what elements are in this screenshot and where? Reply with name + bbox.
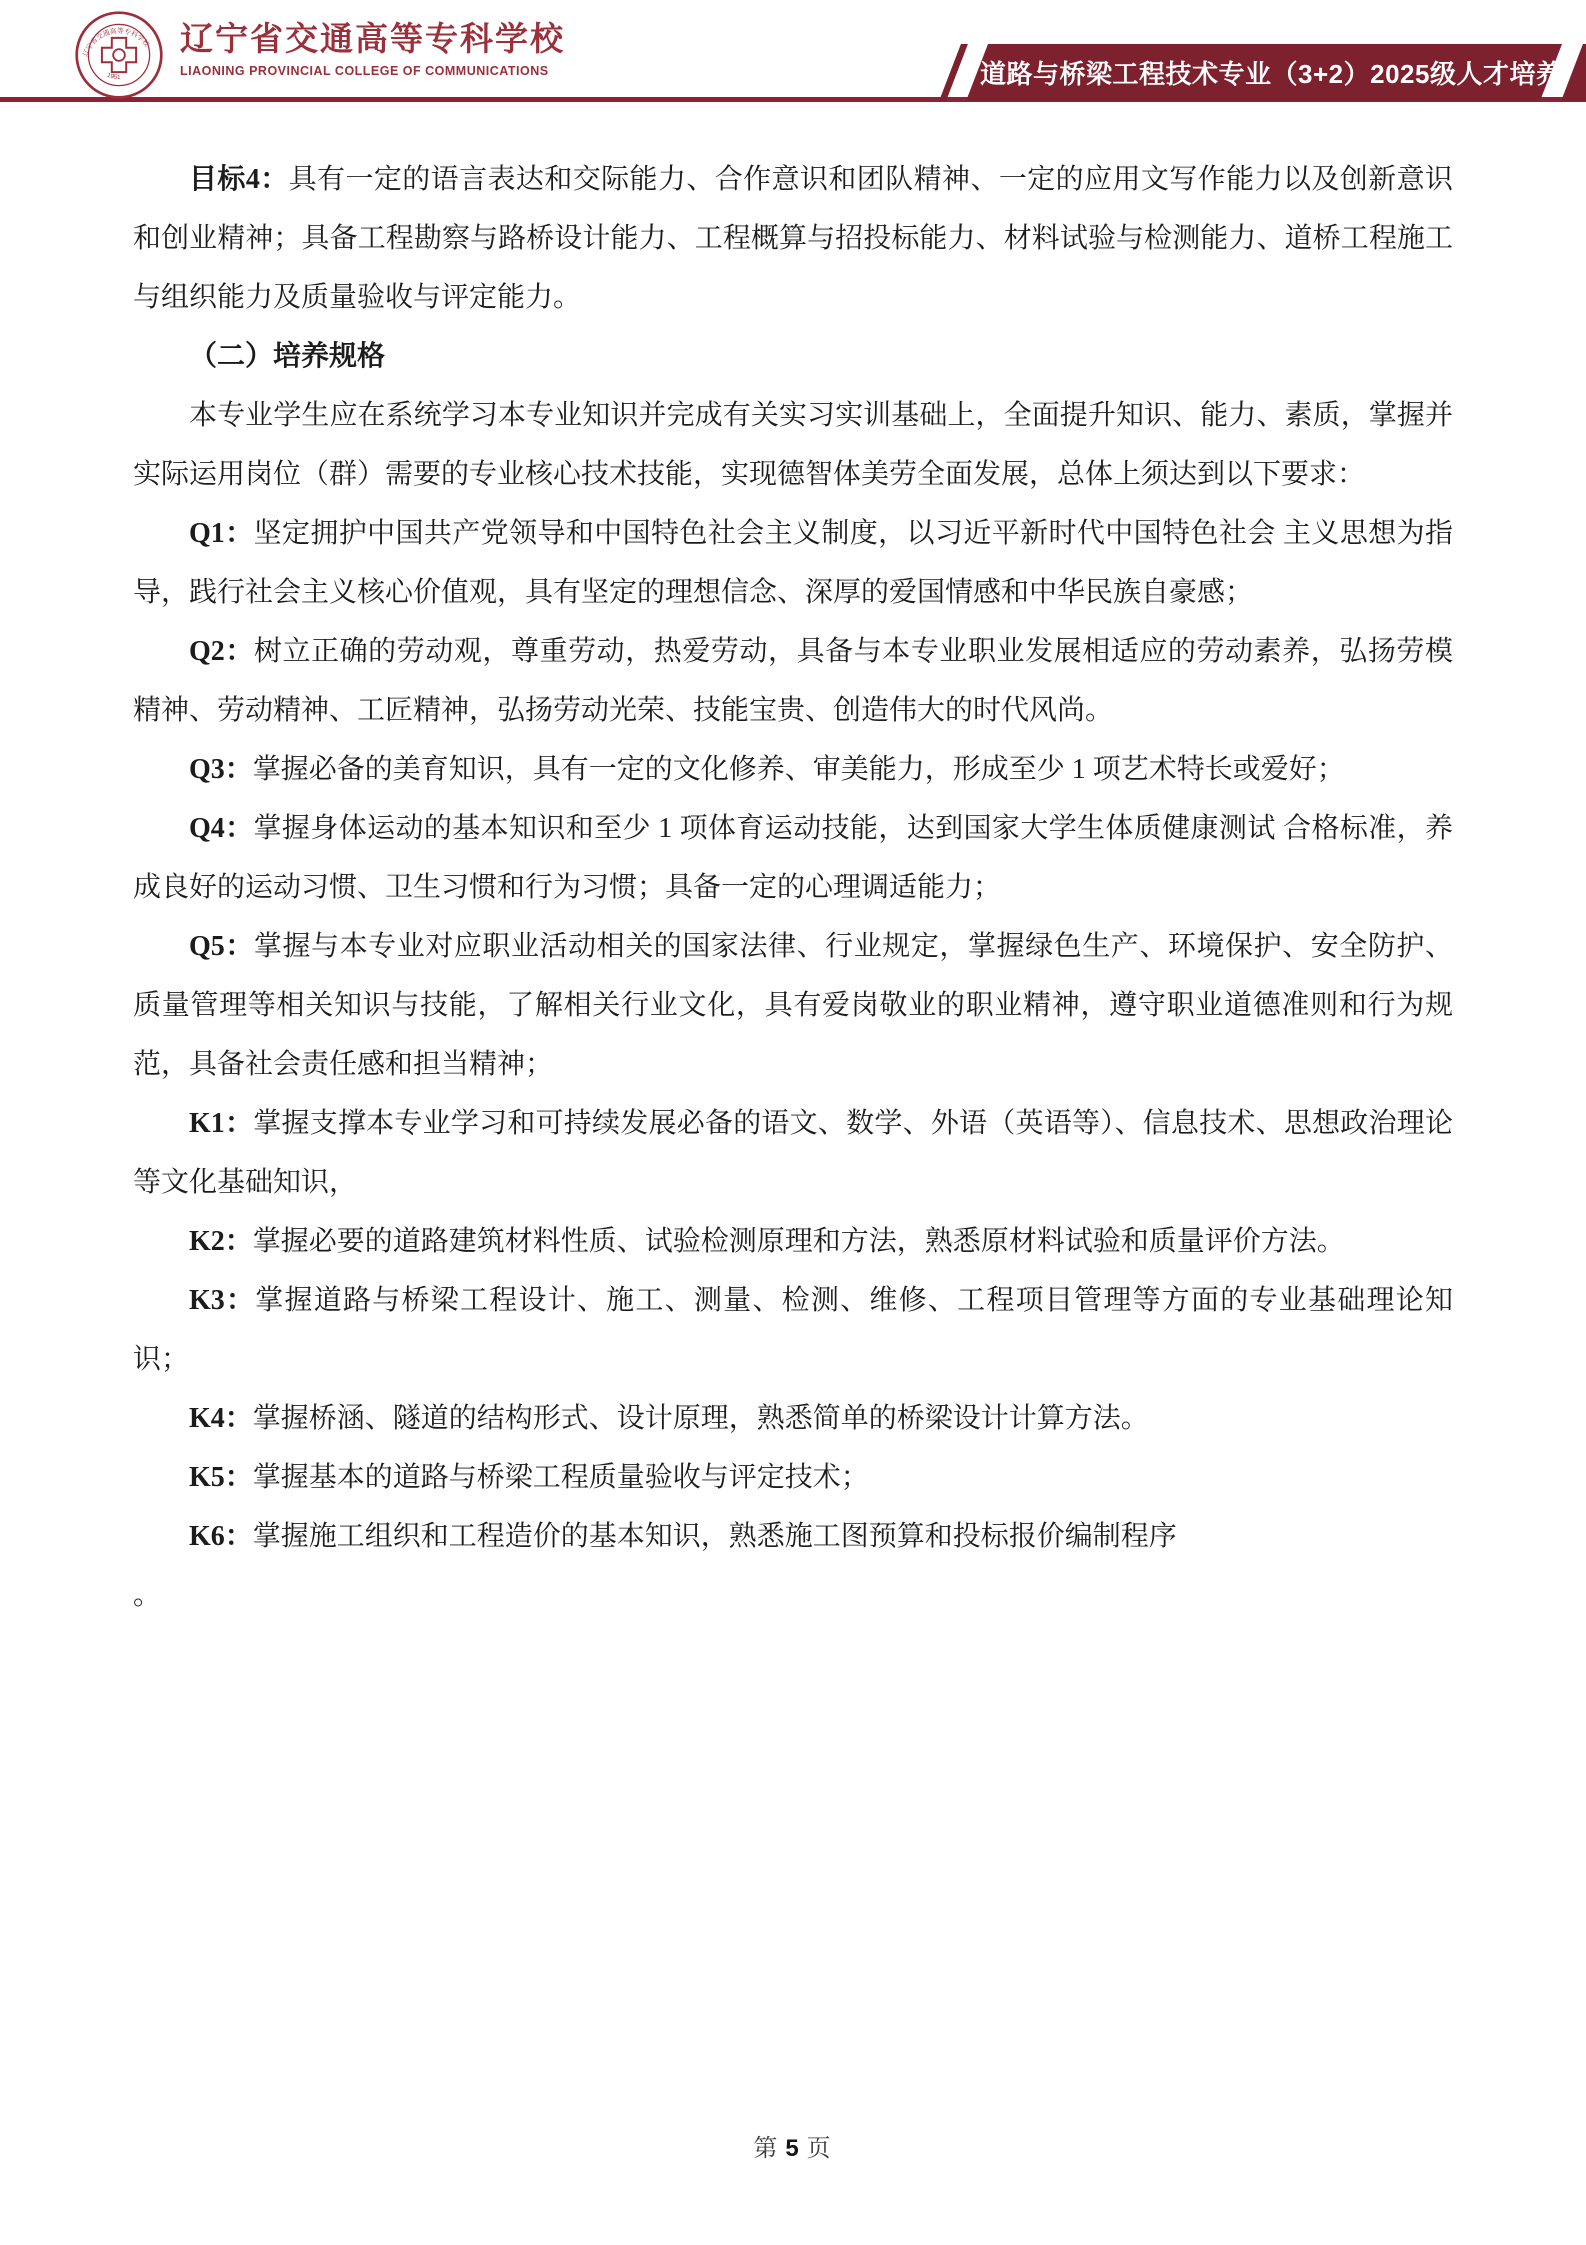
school-seal-icon: 辽宁省交通高等专科学校 1951 [74,10,164,100]
page-number: 5 [779,2135,806,2162]
page-label-suffix: 页 [807,2136,833,2162]
paragraph-label: K4： [189,1403,253,1434]
paragraph-label: K2： [189,1226,253,1257]
document-body: 目标4：具有一定的语言表达和交际能力、合作意识和团队精神、一定的应用文写作能力以… [133,150,1453,1625]
paragraph: K2：掌握必要的道路建筑材料性质、试验检测原理和方法，熟悉原材料试验和质量评价方… [133,1212,1453,1271]
paragraph: Q2：树立正确的劳动观，尊重劳动，热爱劳动，具备与本专业职业发展相适应的劳动素养… [133,622,1453,740]
page-label-prefix: 第 [753,2136,779,2162]
paragraph: K5：掌握基本的道路与桥梁工程质量验收与评定技术； [133,1448,1453,1507]
paragraph: 目标4：具有一定的语言表达和交际能力、合作意识和团队精神、一定的应用文写作能力以… [133,150,1453,327]
paragraph: Q1：坚定拥护中国共产党领导和中国特色社会主义制度，以习近平新时代中国特色社会 … [133,504,1453,622]
banner-left-stripe [939,44,968,101]
paragraph-label: K6： [189,1521,253,1552]
paragraph-label: Q2： [189,636,254,667]
document-page: 辽宁省交通高等专科学校 1951 辽宁省交通高等专科学校 LIAONING PR… [0,0,1586,2245]
paragraph-label: 目标4： [189,164,289,195]
school-name-chinese: 辽宁省交通高等专科学校 [180,22,565,58]
paragraph: K6：掌握施工组织和工程造价的基本知识，熟悉施工图预算和投标报价编制程序 [133,1507,1453,1566]
paragraph: 本专业学生应在系统学习本专业知识并完成有关实习实训基础上，全面提升知识、能力、素… [133,386,1453,504]
program-banner: 道路与桥梁工程技术专业（3+2）2025级人才培养方案 [966,44,1562,101]
section-heading: （二）培养规格 [133,327,1453,386]
logo-text-block: 辽宁省交通高等专科学校 LIAONING PROVINCIAL COLLEGE … [180,10,565,78]
banner-title: 道路与桥梁工程技术专业（3+2）2025级人才培养方案 [966,54,1562,91]
page-footer: 第5页 [0,2128,1586,2163]
paragraph-label: Q4： [189,813,254,844]
school-logo: 辽宁省交通高等专科学校 1951 辽宁省交通高等专科学校 LIAONING PR… [74,10,565,100]
paragraph-label: Q1： [189,518,254,549]
school-name-english: LIAONING PROVINCIAL COLLEGE OF COMMUNICA… [180,64,565,78]
banner-right-stripe [1561,44,1586,101]
paragraph: K1：掌握支撑本专业学习和可持续发展必备的语文、数学、外语（英语等）、信息技术、… [133,1094,1453,1212]
paragraph: K4：掌握桥涵、隧道的结构形式、设计原理，熟悉简单的桥梁设计计算方法。 [133,1389,1453,1448]
paragraph-label: K5： [189,1462,253,1493]
paragraph: K3：掌握道路与桥梁工程设计、施工、测量、检测、维修、工程项目管理等方面的专业基… [133,1271,1453,1389]
paragraph-label: K3： [189,1285,255,1316]
paragraph: 。 [133,1566,1453,1625]
paragraph-label: （二）培养规格 [189,341,385,372]
paragraph: Q4：掌握身体运动的基本知识和至少 1 项体育运动技能，达到国家大学生体质健康测… [133,799,1453,917]
paragraph-label: Q5： [189,931,254,962]
paragraph: Q5：掌握与本专业对应职业活动相关的国家法律、行业规定，掌握绿色生产、环境保护、… [133,917,1453,1094]
page-header: 辽宁省交通高等专科学校 1951 辽宁省交通高等专科学校 LIAONING PR… [0,0,1586,104]
paragraph-label: Q3： [189,754,253,785]
paragraph: Q3：掌握必备的美育知识，具有一定的文化修养、审美能力，形成至少 1 项艺术特长… [133,740,1453,799]
paragraph-label: K1： [189,1108,253,1139]
